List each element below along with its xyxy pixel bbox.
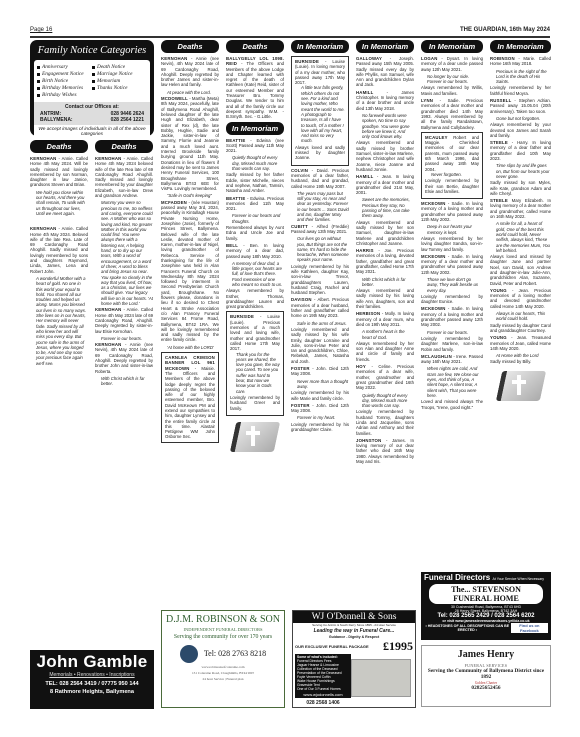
crest-icon [180, 645, 198, 663]
death-notice: KERNOHAN - Annie. Called Home 4th May 20… [95, 156, 153, 198]
section-header-deaths: Deaths [95, 140, 153, 153]
column-memoriam-3: In Memoriam LOGAN - Dysart. In loving me… [421, 40, 483, 568]
accept-note: We accept images of individuals in all o… [34, 125, 150, 139]
column-deaths-1: Deaths KERNOHAN - Annie. Called Home 4th… [30, 140, 88, 645]
ad-stevenson-funeral-home: Funeral Directors At Your Service When N… [421, 572, 551, 640]
lodge-notice: CARNLEA CRIMSON BANNER LOL 961 MCKEOWN -… [161, 352, 219, 443]
column-deaths-3: Deaths KERNOHAN - Annie (nee Nevin), 4th… [161, 40, 219, 605]
category-item: Birthday Memories [37, 85, 92, 91]
memoriam-notice: BEATTIE - Edwina (nee Scott) Passed away… [226, 138, 284, 154]
column-memoriam-2: In Memoriam GALLOWAY - Joseph. Passed aw… [356, 40, 414, 605]
memoriam-notice: LYNN - Sadie. Precious memories of a dea… [421, 98, 483, 130]
categories-box: Family Notice Categories Anniversary Dea… [30, 40, 154, 136]
memoriam-notice: YOUNG - Jean. Precious memories of a lov… [490, 288, 551, 309]
memoriam-notice: HAMILL - Jean. In loving memory of a dea… [356, 174, 414, 195]
memoriam-notice: CUBITT - Alfred (Freddie) Passed away 13… [291, 224, 349, 235]
categories-title: Family Notice Categories [34, 45, 150, 56]
category-item: Marriage Notice [92, 71, 147, 77]
memoriam-notice: FOSTER - John. Died 12th May 2008. [291, 366, 349, 377]
section-header-deaths: Deaths [226, 40, 284, 53]
section-header-memoriam: In Memoriam [226, 122, 284, 135]
package-list: Some of what's included: Funeral Directo… [295, 654, 351, 692]
category-item: Death Notice [92, 64, 147, 70]
column-deaths-memoriam: Deaths BALLYGELLY LOL 1098. REID - The O… [226, 40, 284, 605]
paper-date: THE GUARDIAN, 16th May 2024 [460, 27, 550, 33]
death-notice: MCDOWELL - Martha (Meta) 8th May 2024, p… [161, 96, 219, 191]
category-item: Anniversary [37, 64, 92, 70]
category-item: Birth Notice [37, 78, 92, 84]
column-memoriam-4: In Memoriam ROBINSON - Marie. Called Hom… [490, 40, 551, 568]
death-notice: KERNOHAN - Annie. Called Home 4th May 20… [30, 156, 88, 188]
funeral-home-photo [351, 659, 411, 697]
death-notice: KERNOHAN - Annie (nee Nevin), 4th May 20… [161, 56, 219, 88]
memoriam-notice-boxed: BURNSIDE - Louise (Louie). In loving mem… [291, 56, 349, 166]
memoriam-notice: HAMILL - James Christopher. In loving me… [356, 90, 414, 111]
contact-block: Contact our Offices at: ANTRIM:028 9446 … [34, 102, 150, 125]
column-memoriam-1: In Memoriam BURNSIDE - Louise (Louie). I… [291, 40, 349, 605]
death-notice: KERNOHAN - Annie (nee Nevin), 4th May 20… [95, 342, 153, 374]
bullet-icon [92, 66, 95, 69]
memoriam-notice: GALLOWAY - Joseph. Passed away 15th May … [356, 56, 414, 88]
memoriam-notice: HERBISON - Molly. In loving memory of a … [356, 311, 414, 327]
memoriam-notice: ROBINSON - Marie. Called Home 16th May 2… [490, 56, 551, 67]
category-item: Engagement Notice [37, 71, 92, 77]
office-ballymena: BALLYMENA:028 2564 1221 [40, 117, 144, 123]
category-item: Memoriam [92, 78, 147, 84]
death-notice: KERNOHAN - Annie. Called Home 4th May 20… [30, 226, 88, 274]
bullet-icon [37, 94, 40, 97]
memoriam-notice: HOY - Celine. Precious memories of a dea… [356, 364, 414, 390]
memoriam-notice: HARRIS - Joe. Precious memories of a lov… [356, 248, 414, 274]
ad-james-henry: James Henry FUNERAL SERVICES Serving the… [421, 645, 551, 707]
death-notice: KERNOHAN - Annie. Called Home 4th May 20… [95, 307, 153, 333]
memoriam-notice: RUSSELL - Stephen Adrian. Passed away 15… [490, 98, 551, 114]
bullet-icon [37, 87, 40, 90]
ad-john-gamble: John Gamble Memorials • Renovations • In… [30, 650, 154, 709]
ad-wj-odonnell: WJ O'Donnell & Sons Serving Co Antrim & … [292, 610, 416, 708]
page-header: Page 16 THE GUARDIAN, 16th May 2024 [30, 28, 550, 38]
memoriam-notice: FOSTER - John. Died 12th May 2008. [291, 403, 349, 414]
ad-djm-robinson: D.J.M. ROBINSON & SON INDEPENDENT FUNERA… [161, 610, 285, 708]
section-header-deaths: Deaths [161, 40, 219, 53]
death-notice: MCFADDEN - (née Houston) passed away May… [161, 200, 219, 343]
memoriam-notice: DAVISON - Albert. Precious memories of a… [291, 297, 349, 318]
memoriam-notice: BEATTIE - Edwina. Precious memories died… [226, 196, 284, 212]
memoriam-notice-boxed: BURNSIDE - Louise (Louie). Precious memo… [226, 311, 284, 415]
bullet-icon [92, 80, 95, 83]
section-header-memoriam: In Memoriam [490, 40, 551, 53]
memoriam-notice-boxed: MCAULEY Robert and Maggie. Cherished mem… [421, 132, 483, 199]
section-header-deaths: Deaths [30, 140, 88, 153]
memoriam-notice: MCKEOWN - Sadie. In loving memory of a d… [421, 254, 483, 275]
bible-icon [499, 371, 543, 401]
memoriam-notice: STEELE - Harry. In loving memory of a de… [490, 140, 551, 161]
section-header-memoriam: In Memoriam [291, 40, 349, 53]
bullet-icon [37, 73, 40, 76]
category-item: Thanks Notice [92, 85, 147, 91]
memoriam-notice: MCLAUGHLIN - Irene. Passed away 16th May… [421, 354, 483, 365]
memoriam-notice: MCKEOWN - Sadie. In loving memory of a l… [421, 306, 483, 327]
bullet-icon [37, 66, 40, 69]
memoriam-notice: YOUNG - Jean. Treasured memories of Jean… [490, 335, 551, 351]
memoriam-notice: MCKEOWN - Sadie. In loving memory of a l… [421, 201, 483, 222]
memoriam-notice: JOHNSTON - James. In loving memory of ou… [356, 438, 414, 464]
section-header-memoriam: In Memoriam [421, 40, 483, 53]
section-header-memoriam: In Memoriam [356, 40, 414, 53]
facebook-icon: Find us on Facebook [511, 623, 548, 633]
memoriam-notice: STEELE Mary Elizabeth. In loving memory … [490, 198, 551, 219]
memoriam-notice: BELL - Ben. In loving memory of a dear d… [226, 243, 284, 259]
bible-icon [233, 422, 277, 452]
column-deaths-2: Deaths KERNOHAN - Annie. Called Home 4th… [95, 140, 153, 645]
categories-list: Anniversary Death Notice Engagement Noti… [34, 60, 150, 102]
bullet-icon [37, 80, 40, 83]
memoriam-notice: LOGAN - Dysart. In loving memory of a de… [421, 56, 483, 72]
death-notice: BALLYGELLY LOL 1098. REID - The Officers… [226, 56, 284, 120]
category-item: Birthday Wishes [37, 92, 92, 98]
bullet-icon [92, 73, 95, 76]
memoriam-notice: COLVIN - David. Precious memories of a d… [291, 168, 349, 189]
page-number: Page 16 [30, 27, 52, 33]
bullet-icon [92, 87, 95, 90]
